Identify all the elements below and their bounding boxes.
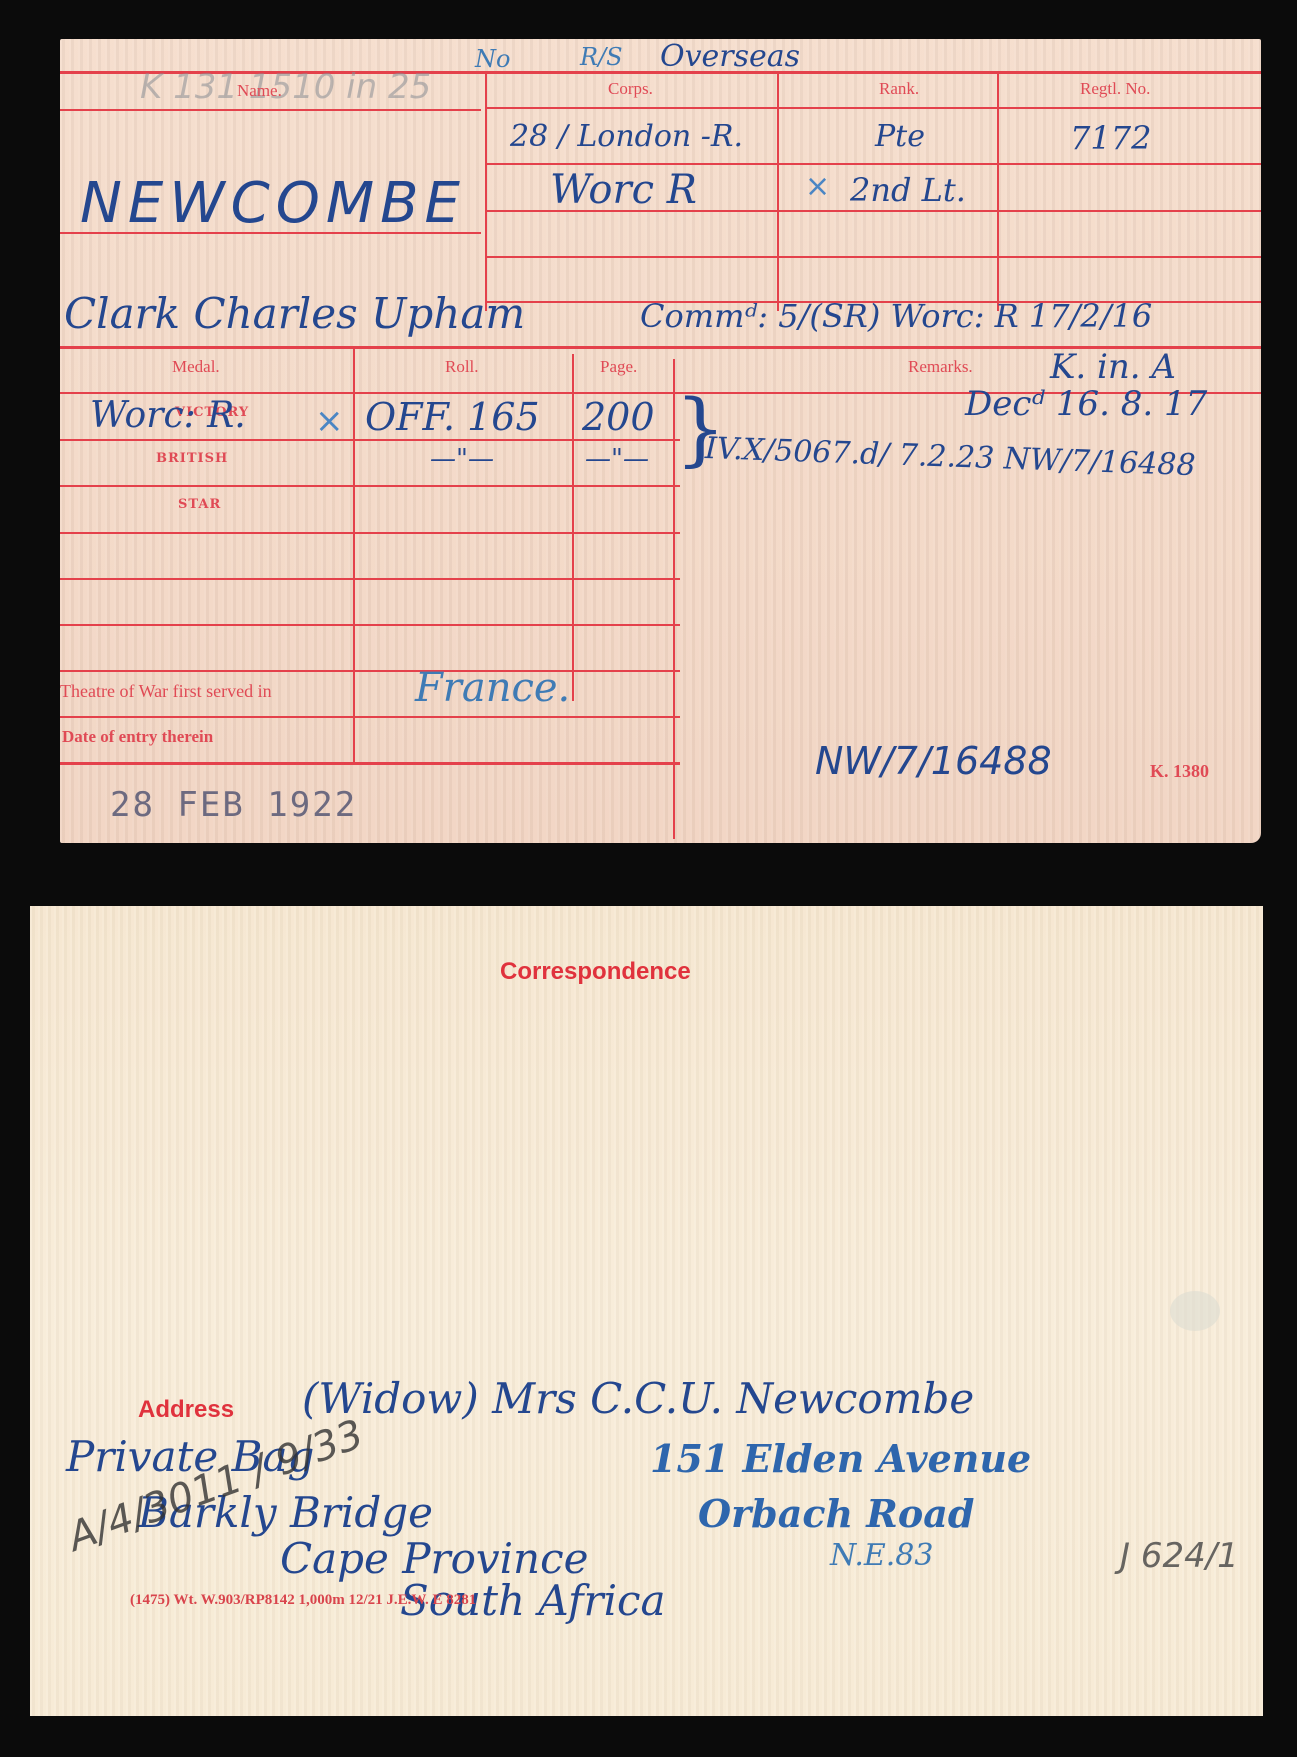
header-rs: R/S [580,43,623,71]
commission-note: Commᵈ: 5/(SR) Worc: R 17/2/16 [640,297,1152,335]
page-entry-1: 200 [582,395,655,439]
rule [487,107,1261,109]
medal-star: STAR [178,497,221,512]
corps-column-label: Corps. [608,79,653,99]
pencil-annotation: K 131 1510 in 25 [140,67,431,107]
remarks-killed: K. in. A [1050,347,1176,387]
rule [60,578,680,580]
rule [60,762,680,765]
corps-entry-1: 28 / London -R. [510,119,743,154]
page-column-label: Page. [600,357,637,377]
roll-column-label: Roll. [445,357,479,377]
rule [60,716,680,718]
rule [353,349,355,762]
page-entry-2: —"— [585,444,649,474]
rule [485,71,487,311]
rank-entry-2: 2nd Lt. [850,171,966,209]
rule [487,256,1261,258]
rank-entry-1: Pte [875,119,925,154]
rule [777,71,779,311]
date-stamp: 28 FEB 1922 [110,785,357,825]
regtl-no-column-label: Regtl. No. [1080,79,1150,99]
print-line: (1475) Wt. W.903/RP8142 1,000m 12/21 J.E… [130,1592,476,1609]
medal-column-label: Medal. [172,357,220,377]
remarks-date: Decᵈ 16. 8. 17 [965,384,1207,424]
rule [487,163,1261,165]
roll-entry-1: OFF. 165 [365,395,540,439]
rule [60,109,481,111]
pencil-annotation-right: J 624/1 [1120,1536,1239,1576]
regtl-no-entry: 7172 [1070,119,1151,157]
rule [60,670,680,672]
address-label: Address [138,1396,234,1424]
header-overseas: Overseas [660,39,800,74]
theatre-label: Theatre of War first served in [60,681,272,702]
theatre-value: France. [415,665,570,711]
rule [60,439,680,441]
address-right-line-3: N.E.83 [830,1538,933,1573]
given-names: Clark Charles Upham [64,289,525,338]
rule [572,354,574,701]
rule [60,624,680,626]
stain [1170,1291,1220,1331]
medal-index-card-back: Correspondence Address (Widow) Mrs C.C.U… [30,906,1263,1716]
nw-reference: NW/7/16488 [815,739,1052,783]
remarks-reference: IV.X/5067.d/ 7.2.23 NW/7/16488 [704,431,1196,483]
medal-british: BRITISH [156,451,228,466]
form-number: K. 1380 [1150,761,1209,782]
roll-entry-2: —"— [430,444,494,474]
correspondence-title: Correspondence [500,958,691,986]
corps-entry-2: Worc R [550,167,697,213]
remarks-column-label: Remarks. [908,357,973,377]
name-column-label: Name. [237,81,282,101]
rule [60,532,680,534]
medal-index-card-front: K 131 1510 in 25 No R/S Overseas Name. C… [60,39,1261,843]
rule [60,485,680,487]
address-right-line-2: Orbach Road [698,1491,974,1536]
address-line-1: (Widow) Mrs C.C.U. Newcombe [302,1374,974,1423]
cross-mark: × [315,401,344,441]
rank-column-label: Rank. [879,79,919,99]
rule [997,71,999,311]
date-entry-label: Date of entry therein [62,727,213,747]
header-prefix: No [475,45,510,73]
address-right-line-1: 151 Elden Avenue [650,1436,1031,1481]
surname: NEWCOMBE [80,171,466,236]
cross-mark: × [805,169,830,204]
medal-handwritten-unit: Worc: R. [90,395,246,436]
